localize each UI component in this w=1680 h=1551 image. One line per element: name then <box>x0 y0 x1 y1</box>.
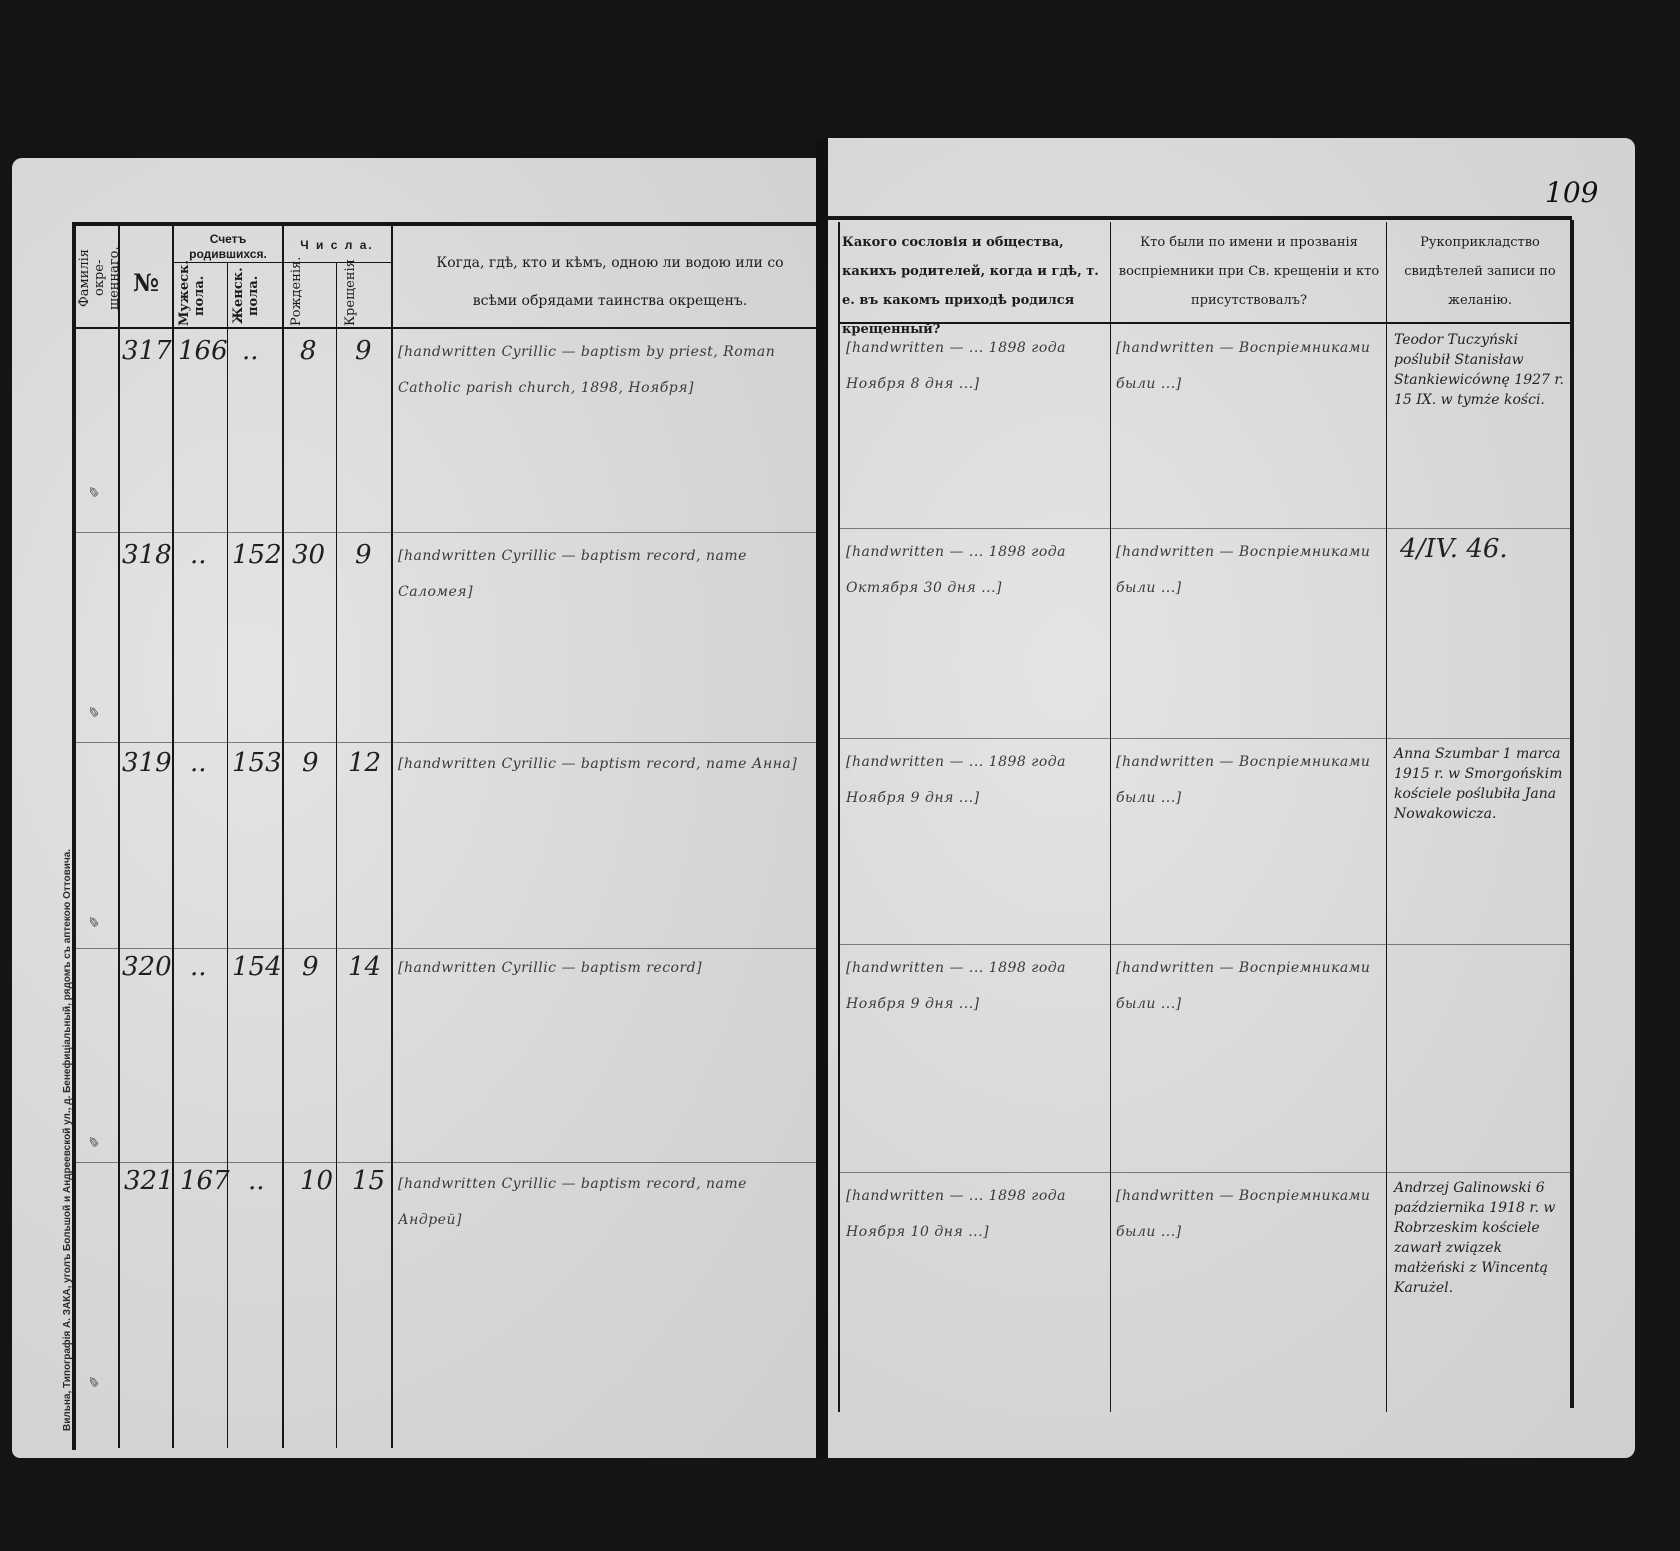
female-count: 152 <box>232 540 282 570</box>
birth-day: 9 <box>302 748 319 778</box>
baptism-description: [handwritten Cyrillic — baptism record, … <box>398 1166 810 1426</box>
entry-number: 319 <box>122 748 172 778</box>
witness-note: Andrzej Galinowski 6 października 1918 r… <box>1394 1178 1566 1298</box>
header-witnesses: Рукоприкладство свидѣтелей записи по жел… <box>1392 228 1568 315</box>
col-sep <box>282 226 284 1448</box>
entry-number: 318 <box>122 540 172 570</box>
row-rule <box>838 944 1570 945</box>
godparents-info: [handwritten — Воспріемниками были ...] <box>1116 534 1382 644</box>
subheader-rule <box>172 262 392 263</box>
parents-info: [handwritten — ... 1898 года Ноября 10 д… <box>846 1178 1106 1408</box>
godparents-info: [handwritten — Воспріемниками были ...] <box>1116 330 1382 450</box>
row-rule <box>76 742 816 743</box>
male-count: 167 <box>180 1166 230 1196</box>
godparents-info: [handwritten — Воспріемниками были ...] <box>1116 950 1382 1060</box>
header-bottom-rule <box>76 327 816 329</box>
header-godparents: Кто были по имени и прозванія воспріемни… <box>1114 228 1384 315</box>
male-count: .. <box>190 952 207 982</box>
baptism-day: 9 <box>355 336 372 366</box>
male-count: .. <box>190 748 207 778</box>
baptism-description: [handwritten Cyrillic — baptism record, … <box>398 538 810 738</box>
row-rule <box>76 1162 816 1163</box>
parents-info: [handwritten — ... 1898 года Октября 30 … <box>846 534 1106 734</box>
surname-annotation: ✎ <box>86 960 104 1150</box>
surname-annotation: ✎ <box>86 540 104 720</box>
header-male: Мужеск. пола. <box>178 266 224 326</box>
entry-number: 321 <box>124 1166 174 1196</box>
col-sep <box>227 262 228 1448</box>
left-top-rule <box>72 222 816 226</box>
row-rule <box>76 532 816 533</box>
male-count: .. <box>190 540 207 570</box>
witness-note: Teodor Tuczyński poślubił Stanisław Stan… <box>1394 330 1566 410</box>
birth-day: 30 <box>292 540 325 570</box>
col-sep <box>391 226 393 1448</box>
baptism-description: [handwritten Cyrillic — baptism by pries… <box>398 334 810 528</box>
surname-annotation: ✎ <box>86 340 104 500</box>
col-sep <box>118 226 120 1448</box>
entry-number: 317 <box>122 336 172 366</box>
birth-day: 10 <box>300 1166 333 1196</box>
male-count: 166 <box>178 336 228 366</box>
right-top-rule <box>828 216 1572 220</box>
header-dates-group: Ч и с л а. <box>284 238 390 253</box>
parents-info: [handwritten — ... 1898 года Ноября 8 дн… <box>846 330 1106 524</box>
header-female: Женск. пола. <box>232 266 278 326</box>
header-surname: Фамилія окре-щеннаго. <box>78 232 116 324</box>
row-rule <box>76 948 816 949</box>
header-description: Когда, гдѣ, кто и кѣмъ, одною ли водою и… <box>420 244 800 320</box>
witness-note: Anna Szumbar 1 marca 1915 r. w Smorgońsk… <box>1394 744 1566 824</box>
parents-info: [handwritten — ... 1898 года Ноября 9 дн… <box>846 950 1106 1168</box>
baptism-day: 12 <box>348 748 381 778</box>
godparents-info: [handwritten — Воспріемниками были ...] <box>1116 744 1382 854</box>
col-sep <box>172 226 174 1448</box>
binding-gutter <box>816 138 828 1458</box>
baptism-day: 15 <box>352 1166 385 1196</box>
female-count: 153 <box>232 748 282 778</box>
header-number: № <box>120 268 172 298</box>
baptism-description: [handwritten Cyrillic — baptism record, … <box>398 746 810 944</box>
header-count-group: Счетъ родившихся. <box>174 232 282 262</box>
female-count: .. <box>248 1166 265 1196</box>
col-sep <box>1386 222 1387 1412</box>
baptism-description: [handwritten Cyrillic — baptism record] <box>398 950 810 1158</box>
header-birth: Рожденія. <box>290 266 330 326</box>
female-count: .. <box>242 336 259 366</box>
row-rule <box>838 738 1570 739</box>
row-rule <box>838 528 1570 529</box>
birth-day: 9 <box>302 952 319 982</box>
header-parents: Какого сословія и общества, какихъ родит… <box>842 228 1108 344</box>
row-rule <box>838 1172 1570 1173</box>
header-baptism: Крещенія <box>344 266 384 326</box>
witness-note: 4/IV. 46. <box>1400 534 1566 564</box>
page-number: 109 <box>1545 176 1598 209</box>
right-outer-border <box>1570 220 1574 1408</box>
col-sep <box>838 222 840 1412</box>
col-sep <box>1110 222 1111 1412</box>
surname-annotation: ✎ <box>86 750 104 930</box>
left-outer-border <box>72 224 76 1450</box>
parents-info: [handwritten — ... 1898 года Ноября 9 дн… <box>846 744 1106 940</box>
baptism-day: 14 <box>348 952 381 982</box>
entry-number: 320 <box>122 952 172 982</box>
baptism-day: 9 <box>355 540 372 570</box>
birth-day: 8 <box>300 336 317 366</box>
col-sep <box>336 262 337 1448</box>
godparents-info: [handwritten — Воспріемниками были ...] <box>1116 1178 1382 1288</box>
surname-annotation: ✎ <box>86 1170 104 1390</box>
female-count: 154 <box>232 952 282 982</box>
